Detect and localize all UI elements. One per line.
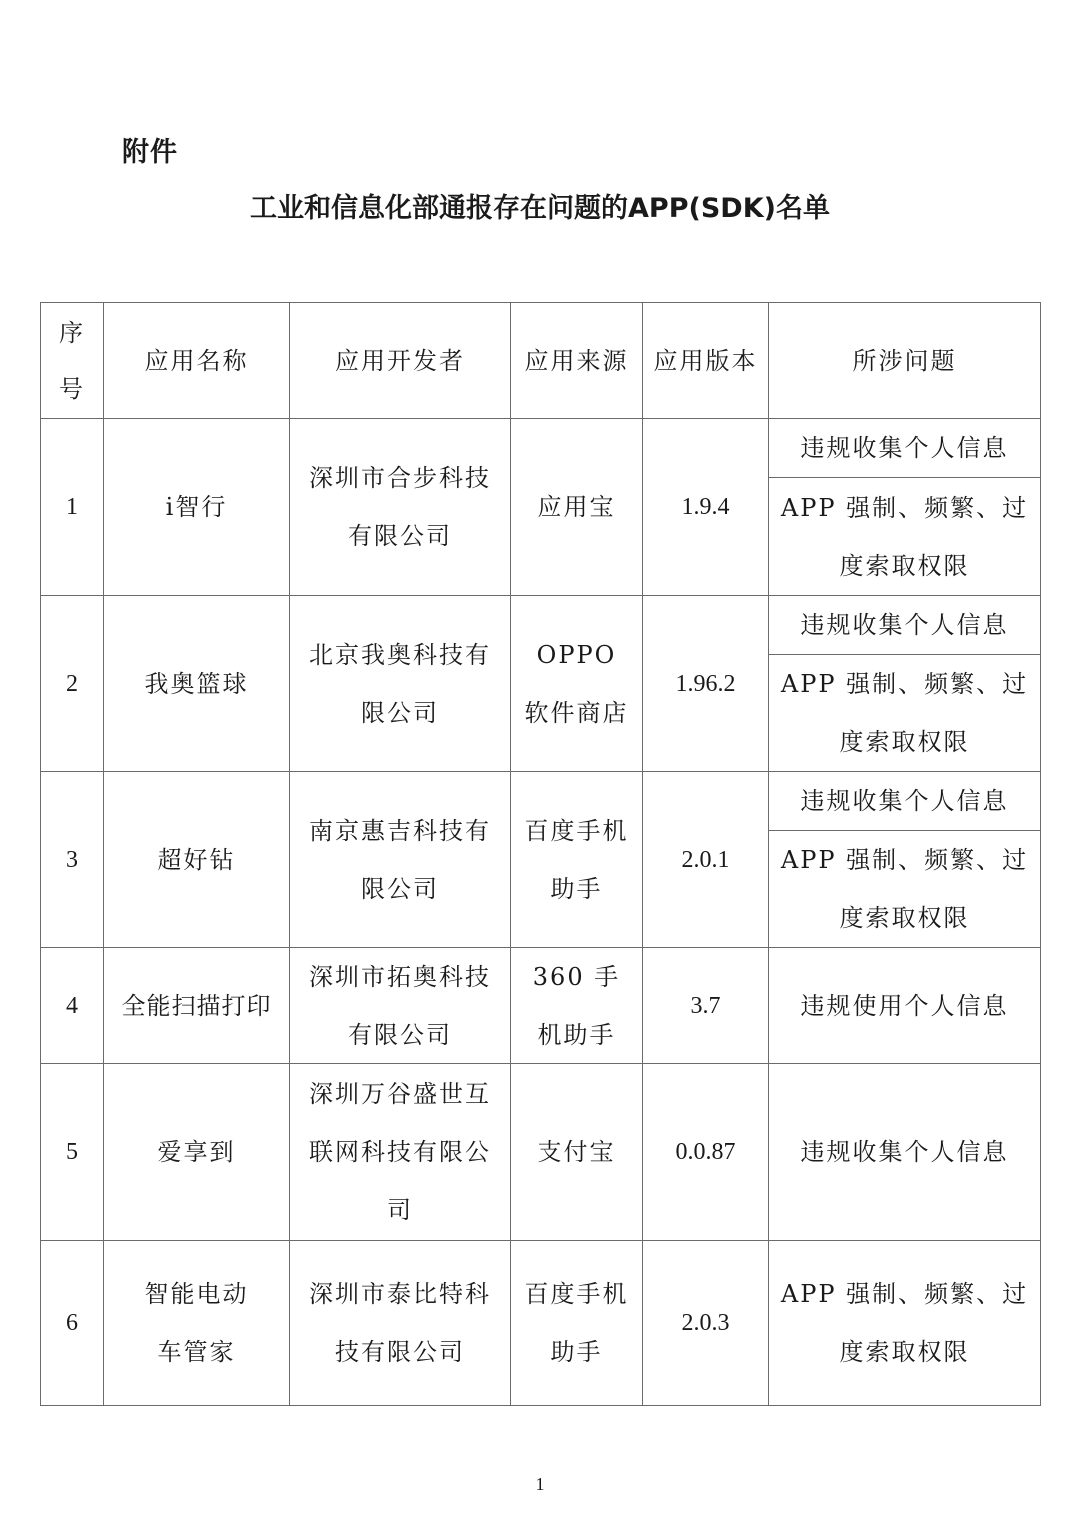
header-issues: 所涉问题 bbox=[768, 302, 1041, 419]
row-2-version: 1.96.2 bbox=[642, 595, 769, 772]
row-2-issue-2: APP 强制、频繁、过度索取权限 bbox=[768, 654, 1041, 772]
row-3-developer: 南京惠吉科技有限公司 bbox=[289, 771, 511, 948]
row-4-index: 4 bbox=[40, 947, 104, 1064]
page-number: 1 bbox=[0, 1474, 1080, 1495]
header-version: 应用版本 bbox=[642, 302, 769, 419]
row-5-developer: 深圳万谷盛世互联网科技有限公司 bbox=[289, 1063, 511, 1241]
row-2-source: OPPO 软件商店 bbox=[510, 595, 643, 772]
row-6-version: 2.0.3 bbox=[642, 1240, 769, 1406]
row-1-issue-1: 违规收集个人信息 bbox=[768, 418, 1041, 478]
row-1-app-name: i智行 bbox=[103, 418, 290, 596]
row-6-index: 6 bbox=[40, 1240, 104, 1406]
header-source: 应用来源 bbox=[510, 302, 643, 419]
row-4-app-name: 全能扫描打印 bbox=[103, 947, 290, 1064]
row-5-app-name: 爱享到 bbox=[103, 1063, 290, 1241]
row-5-issue-1: 违规收集个人信息 bbox=[768, 1063, 1041, 1241]
row-5-version: 0.0.87 bbox=[642, 1063, 769, 1241]
app-list-table: 序号 应用名称 应用开发者 应用来源 应用版本 所涉问题 1 i智行 深圳市合步… bbox=[40, 302, 1041, 1406]
row-4-version: 3.7 bbox=[642, 947, 769, 1064]
row-2-issue-1: 违规收集个人信息 bbox=[768, 595, 1041, 655]
row-6-developer: 深圳市泰比特科技有限公司 bbox=[289, 1240, 511, 1406]
row-4-issue-1: 违规使用个人信息 bbox=[768, 947, 1041, 1064]
row-1-version: 1.9.4 bbox=[642, 418, 769, 596]
row-6-issue-1: APP 强制、频繁、过度索取权限 bbox=[768, 1240, 1041, 1406]
row-1-index: 1 bbox=[40, 418, 104, 596]
row-6-source: 百度手机助手 bbox=[510, 1240, 643, 1406]
header-index: 序号 bbox=[40, 302, 104, 419]
row-3-issue-1: 违规收集个人信息 bbox=[768, 771, 1041, 831]
row-3-app-name: 超好钻 bbox=[103, 771, 290, 948]
header-app-name: 应用名称 bbox=[103, 302, 290, 419]
row-3-version: 2.0.1 bbox=[642, 771, 769, 948]
row-4-developer: 深圳市拓奥科技有限公司 bbox=[289, 947, 511, 1064]
row-5-index: 5 bbox=[40, 1063, 104, 1241]
row-4-source: 360 手机助手 bbox=[510, 947, 643, 1064]
row-2-index: 2 bbox=[40, 595, 104, 772]
row-6-app-name: 智能电动车管家 bbox=[103, 1240, 290, 1406]
row-1-source: 应用宝 bbox=[510, 418, 643, 596]
row-2-app-name: 我奥篮球 bbox=[103, 595, 290, 772]
row-1-issue-2: APP 强制、频繁、过度索取权限 bbox=[768, 477, 1041, 596]
header-developer: 应用开发者 bbox=[289, 302, 511, 419]
row-3-issue-2: APP 强制、频繁、过度索取权限 bbox=[768, 830, 1041, 948]
row-1-developer: 深圳市合步科技有限公司 bbox=[289, 418, 511, 596]
attachment-label: 附件 bbox=[122, 130, 178, 169]
row-5-source: 支付宝 bbox=[510, 1063, 643, 1241]
row-2-developer: 北京我奥科技有限公司 bbox=[289, 595, 511, 772]
row-3-index: 3 bbox=[40, 771, 104, 948]
document-title: 工业和信息化部通报存在问题的APP(SDK)名单 bbox=[0, 186, 1080, 225]
row-3-source: 百度手机助手 bbox=[510, 771, 643, 948]
